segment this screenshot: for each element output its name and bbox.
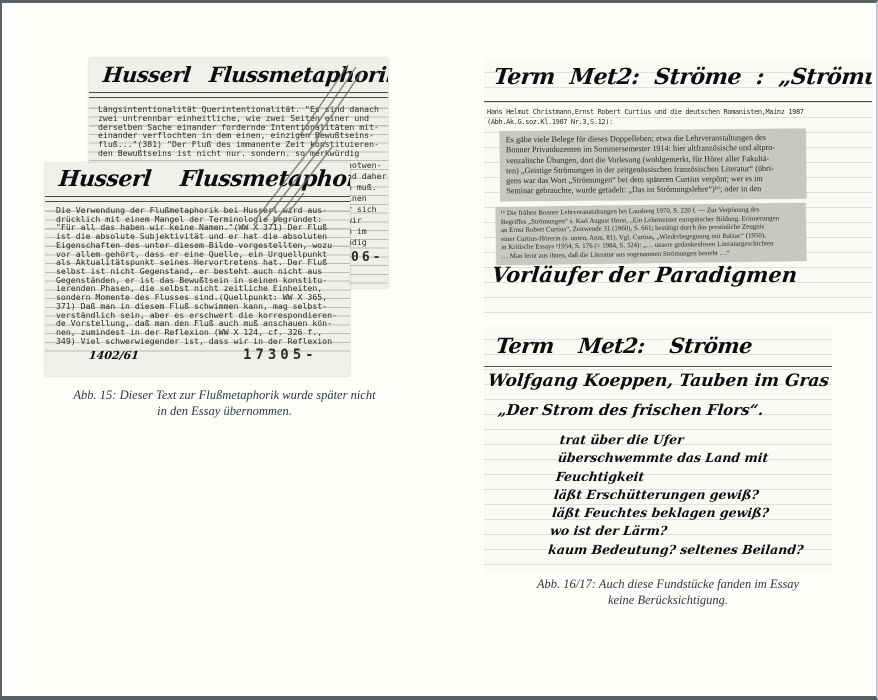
scrawled-notes: trat über die Ufer überschwemmte das Lan… bbox=[547, 431, 830, 559]
title-rule bbox=[484, 366, 832, 367]
note-page-stroemungen: Term Met2: Ströme : „Strömungen“ Hans He… bbox=[484, 58, 872, 313]
card1-typed-text: Die Verwendung der Flußmetaphorik bei Hu… bbox=[56, 206, 348, 346]
footnote-clipping: ¹⁶ Die frühen Bonner Lehrveranstaltungen… bbox=[496, 203, 807, 265]
caption-abb-15: Abb. 15: Dieser Text zur Flußmetaphorik … bbox=[42, 387, 407, 419]
index-card-flussmetaphorik-1: Husserl Flussmetaphorik I. Die Verwendun… bbox=[45, 163, 350, 376]
card2-number-fragment: 06- bbox=[351, 250, 388, 265]
koeppen-reference-line: Wolfgang Koeppen, Tauben im Gras (WW ii … bbox=[487, 371, 832, 391]
card1-archive-note: 1402/61 bbox=[88, 349, 139, 362]
card2-typed-text: Längsintentionalität Querintentionalität… bbox=[98, 105, 386, 158]
card1-title-underline bbox=[45, 196, 350, 202]
note-page-koeppen: Term Met2: Ströme Wolfgang Koeppen, Taub… bbox=[484, 325, 832, 573]
card1-inventory-number: 17305- bbox=[243, 347, 318, 363]
book-page: Husserl Flussmetaphorik II. Längsintenti… bbox=[0, 0, 878, 700]
card2-handwritten-title: Husserl Flussmetaphorik II. bbox=[102, 62, 388, 87]
title-rule bbox=[484, 101, 872, 102]
strom-quote-line: „Der Strom des frischen Flors“. bbox=[497, 401, 764, 419]
term-stroeme-title: Term Met2: Ströme : „Strömungen“ bbox=[493, 64, 872, 90]
christmann-source-line: Hans Helmut Christmann,Ernst Robert Curt… bbox=[487, 107, 869, 127]
card1-handwritten-title: Husserl Flussmetaphorik I. bbox=[58, 166, 350, 192]
caption-abb-16-17: Abb. 16/17: Auch diese Fundstücke fanden… bbox=[490, 576, 846, 608]
card2-edge-fragments: notwen- nd daher n muß. inen r sich wir … bbox=[347, 160, 387, 248]
term-stroeme-title-2: Term Met2: Ströme bbox=[495, 333, 754, 358]
quote-clipping: Es gäbe viele Belege für dieses Doppelle… bbox=[500, 129, 807, 201]
vorlaeufer-handnote: Vorläufer der Paradigmen bbox=[491, 262, 799, 287]
card2-title-underline bbox=[89, 92, 388, 98]
